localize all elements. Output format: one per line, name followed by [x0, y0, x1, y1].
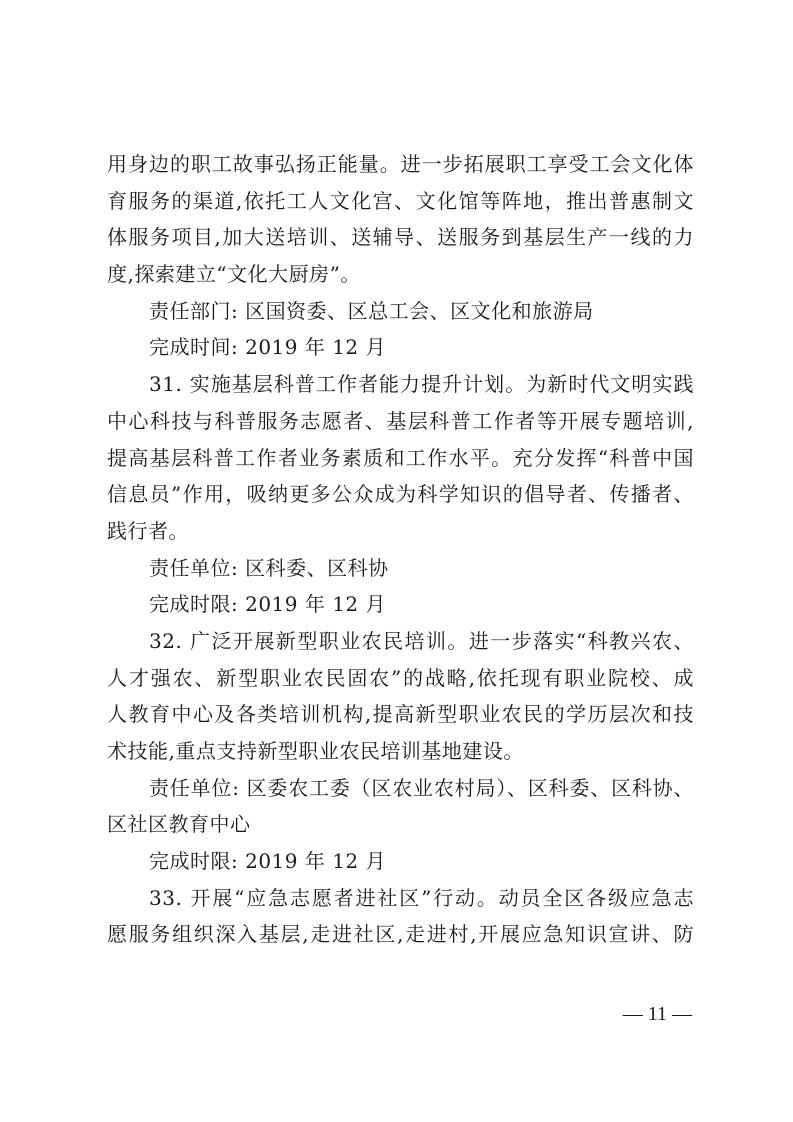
- paragraph-line: 人才强农、新型职业农民固农”的战略,依托现有职业院校、成: [107, 660, 694, 697]
- completion-time: 完成时间: 2019 年 12 月: [107, 329, 694, 366]
- paragraph-line: 术技能,重点支持新型职业农民培训基地建设。: [107, 733, 694, 770]
- responsible-unit: 责任单位: 区科委、区科协: [107, 550, 694, 587]
- paragraph-line: 信息员”作用，吸纳更多公众成为科学知识的倡导者、传播者、: [107, 476, 694, 513]
- paragraph-line: 提高基层科普工作者业务素质和工作水平。充分发挥“科普中国: [107, 440, 694, 477]
- paragraph-line: 中心科技与科普服务志愿者、基层科普工作者等开展专题培训,: [107, 403, 694, 440]
- item-33-heading: 33. 开展“应急志愿者进社区”行动。动员全区各级应急志: [107, 880, 694, 917]
- paragraph-line: 人教育中心及各类培训机构,提高新型职业农民的学历层次和技: [107, 696, 694, 733]
- paragraph-line: 区社区教育中心: [107, 806, 694, 843]
- item-32-heading: 32. 广泛开展新型职业农民培训。进一步落实“科教兴农、: [107, 623, 694, 660]
- completion-deadline: 完成时限: 2019 年 12 月: [107, 843, 694, 880]
- item-31-heading: 31. 实施基层科普工作者能力提升计划。为新时代文明实践: [107, 366, 694, 403]
- paragraph-line: 度,探索建立“文化大厨房”。: [107, 256, 694, 293]
- paragraph-line: 践行者。: [107, 513, 694, 550]
- paragraph-line: 育服务的渠道,依托工人文化宫、文化馆等阵地，推出普惠制文: [107, 183, 694, 220]
- paragraph-line: 体服务项目,加大送培训、送辅导、送服务到基层生产一线的力: [107, 219, 694, 256]
- document-body: 用身边的职工故事弘扬正能量。进一步拓展职工享受工会文化体 育服务的渠道,依托工人…: [107, 146, 694, 953]
- completion-deadline: 完成时限: 2019 年 12 月: [107, 586, 694, 623]
- responsible-department: 责任部门: 区国资委、区总工会、区文化和旅游局: [107, 293, 694, 330]
- paragraph-line: 愿服务组织深入基层,走进社区,走进村,开展应急知识宣讲、防: [107, 916, 694, 953]
- responsible-unit: 责任单位: 区委农工委（区农业农村局）、区科委、区科协、: [107, 770, 694, 807]
- paragraph-line: 用身边的职工故事弘扬正能量。进一步拓展职工享受工会文化体: [107, 146, 694, 183]
- page-number: — 11 —: [612, 1003, 692, 1026]
